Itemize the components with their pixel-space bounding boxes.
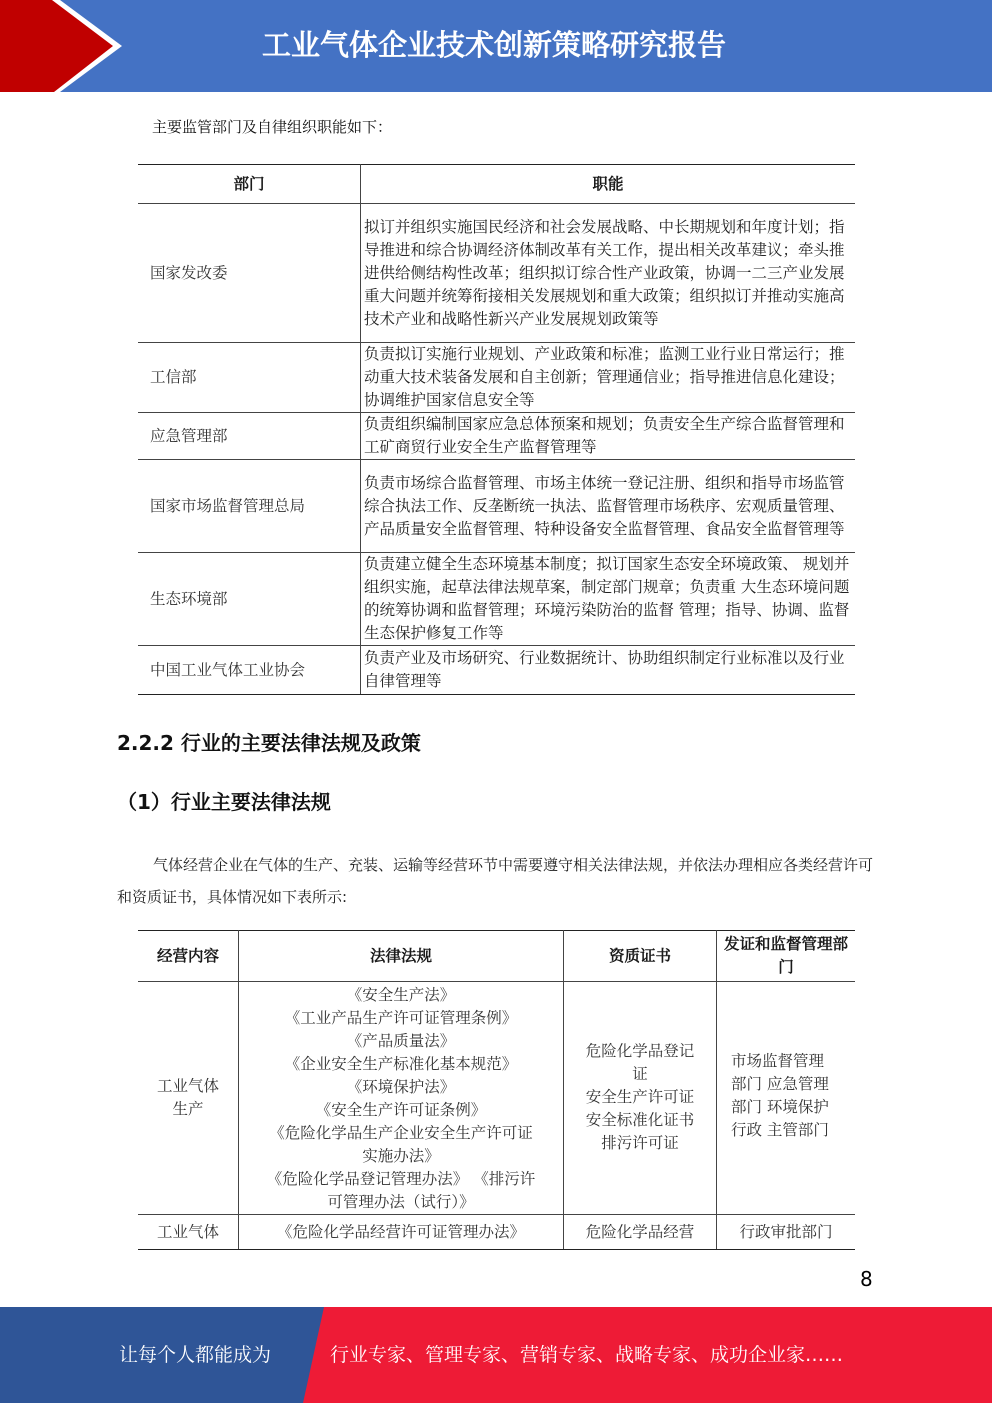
- table-row: 应急管理部 负责组织编制国家应急总体预案和规划；负责安全生产综合监督管理和工矿商…: [138, 413, 855, 460]
- cert-line: 安全标准化证书: [566, 1109, 714, 1132]
- authority-cell: 市场监督管理 部门 应急管理 部门 环境保护 行政 主管部门: [717, 982, 856, 1215]
- law-item: 《安全生产法》: [241, 984, 561, 1007]
- function-cell: 负责建立健全生态环境基本制度；拟订国家生态安全环境政策、 规划并组织实施，起草法…: [361, 553, 856, 646]
- dept-cell: 生态环境部: [138, 553, 361, 646]
- function-cell: 负责组织编制国家应急总体预案和规划；负责安全生产综合监督管理和工矿商贸行业安全生…: [361, 413, 856, 460]
- cell-line: 工业气体: [140, 1075, 236, 1098]
- cert-line: 危险化学品登记: [566, 1040, 714, 1063]
- function-cell: 负责产业及市场研究、行业数据统计、协助组织制定行业标准以及行业自律管理等: [361, 646, 856, 695]
- certificates-cell: 危险化学品经营: [564, 1215, 717, 1250]
- law-item: 《企业安全生产标准化基本规范》: [241, 1053, 561, 1076]
- regulators-table: 部门 职能 国家发改委 拟订并组织实施国民经济和社会发展战略、中长期规划和年度计…: [138, 164, 855, 695]
- column-header-authority: 发证和监督管理部门: [717, 931, 856, 982]
- table-header-row: 部门 职能: [138, 165, 855, 204]
- business-content-cell: 工业气体 生产: [138, 982, 239, 1215]
- table-row: 工业气体 生产 《安全生产法》 《工业产品生产许可证管理条例》 《产品质量法》 …: [138, 982, 855, 1215]
- laws-cell: 《危险化学品经营许可证管理办法》: [239, 1215, 564, 1250]
- authority-line: 部门 应急管理: [731, 1073, 853, 1096]
- law-item: 实施办法》: [241, 1145, 561, 1168]
- dept-cell: 应急管理部: [138, 413, 361, 460]
- authority-line: 部门 环境保护: [731, 1096, 853, 1119]
- law-item: 《产品质量法》: [241, 1030, 561, 1053]
- footer-banner: 让每个人都能成为 行业专家、管理专家、营销专家、战略专家、成功企业家……: [0, 1307, 992, 1403]
- column-header-certs: 资质证书: [564, 931, 717, 982]
- table-header-row: 经营内容 法律法规 资质证书 发证和监督管理部门: [138, 931, 855, 982]
- function-cell: 拟订并组织实施国民经济和社会发展战略、中长期规划和年度计划；指导推进和综合协调经…: [361, 204, 856, 343]
- laws-table: 经营内容 法律法规 资质证书 发证和监督管理部门 工业气体 生产 《安全生产法》…: [138, 930, 855, 1250]
- report-title: 工业气体企业技术创新策略研究报告: [262, 22, 822, 68]
- authority-cell: 行政审批部门: [717, 1215, 856, 1250]
- certificates-cell: 危险化学品登记 证 安全生产许可证 安全标准化证书 排污许可证: [564, 982, 717, 1215]
- section-heading: 2.2.2 行业的主要法律法规及政策: [117, 727, 421, 756]
- column-header-function: 职能: [361, 165, 856, 204]
- law-item: 可管理办法（试行）》: [241, 1191, 561, 1214]
- table-row: 国家发改委 拟订并组织实施国民经济和社会发展战略、中长期规划和年度计划；指导推进…: [138, 204, 855, 343]
- footer-slogan-left: 让每个人都能成为: [119, 1340, 271, 1367]
- body-paragraph: 气体经营企业在气体的生产、充装、运输等经营环节中需要遵守相关法律法规，并依法办理…: [117, 849, 877, 913]
- dept-cell: 中国工业气体工业协会: [138, 646, 361, 695]
- law-item: 《安全生产许可证条例》: [241, 1099, 561, 1122]
- table-row: 工信部 负责拟订实施行业规划、产业政策和标准；监测工业行业日常运行；推动重大技术…: [138, 343, 855, 413]
- dept-cell: 国家市场监督管理总局: [138, 460, 361, 553]
- law-item: 《环境保护法》: [241, 1076, 561, 1099]
- column-header-laws: 法律法规: [239, 931, 564, 982]
- column-header-content: 经营内容: [138, 931, 239, 982]
- function-cell: 负责市场综合监督管理、市场主体统一登记注册、组织和指导市场监管综合执法工作、反垄…: [361, 460, 856, 553]
- function-cell: 负责拟订实施行业规划、产业政策和标准；监测工业行业日常运行；推动重大技术装备发展…: [361, 343, 856, 413]
- column-header-dept: 部门: [138, 165, 361, 204]
- cert-line: 安全生产许可证: [566, 1086, 714, 1109]
- intro-text: 主要监管部门及自律组织职能如下：: [152, 116, 392, 138]
- footer-slogan-right: 行业专家、管理专家、营销专家、战略专家、成功企业家……: [330, 1340, 843, 1367]
- page-number: 8: [860, 1267, 873, 1291]
- table-row: 生态环境部 负责建立健全生态环境基本制度；拟订国家生态安全环境政策、 规划并组织…: [138, 553, 855, 646]
- subsection-heading: （1）行业主要法律法规: [117, 786, 331, 815]
- report-header: 工业气体企业技术创新策略研究报告: [0, 0, 992, 92]
- dept-cell: 工信部: [138, 343, 361, 413]
- law-item: 《工业产品生产许可证管理条例》: [241, 1007, 561, 1030]
- table-row: 国家市场监督管理总局 负责市场综合监督管理、市场主体统一登记注册、组织和指导市场…: [138, 460, 855, 553]
- law-item: 《危险化学品生产企业安全生产许可证: [241, 1122, 561, 1145]
- cert-line: 排污许可证: [566, 1132, 714, 1155]
- table-row: 中国工业气体工业协会 负责产业及市场研究、行业数据统计、协助组织制定行业标准以及…: [138, 646, 855, 695]
- cell-line: 生产: [140, 1098, 236, 1121]
- cert-line: 证: [566, 1063, 714, 1086]
- business-content-cell: 工业气体: [138, 1215, 239, 1250]
- table-row: 工业气体 《危险化学品经营许可证管理办法》 危险化学品经营 行政审批部门: [138, 1215, 855, 1250]
- authority-line: 行政 主管部门: [731, 1119, 853, 1142]
- laws-cell: 《安全生产法》 《工业产品生产许可证管理条例》 《产品质量法》 《企业安全生产标…: [239, 982, 564, 1215]
- law-item: 《危险化学品登记管理办法》 《排污许: [241, 1168, 561, 1191]
- authority-line: 市场监督管理: [731, 1050, 853, 1073]
- dept-cell: 国家发改委: [138, 204, 361, 343]
